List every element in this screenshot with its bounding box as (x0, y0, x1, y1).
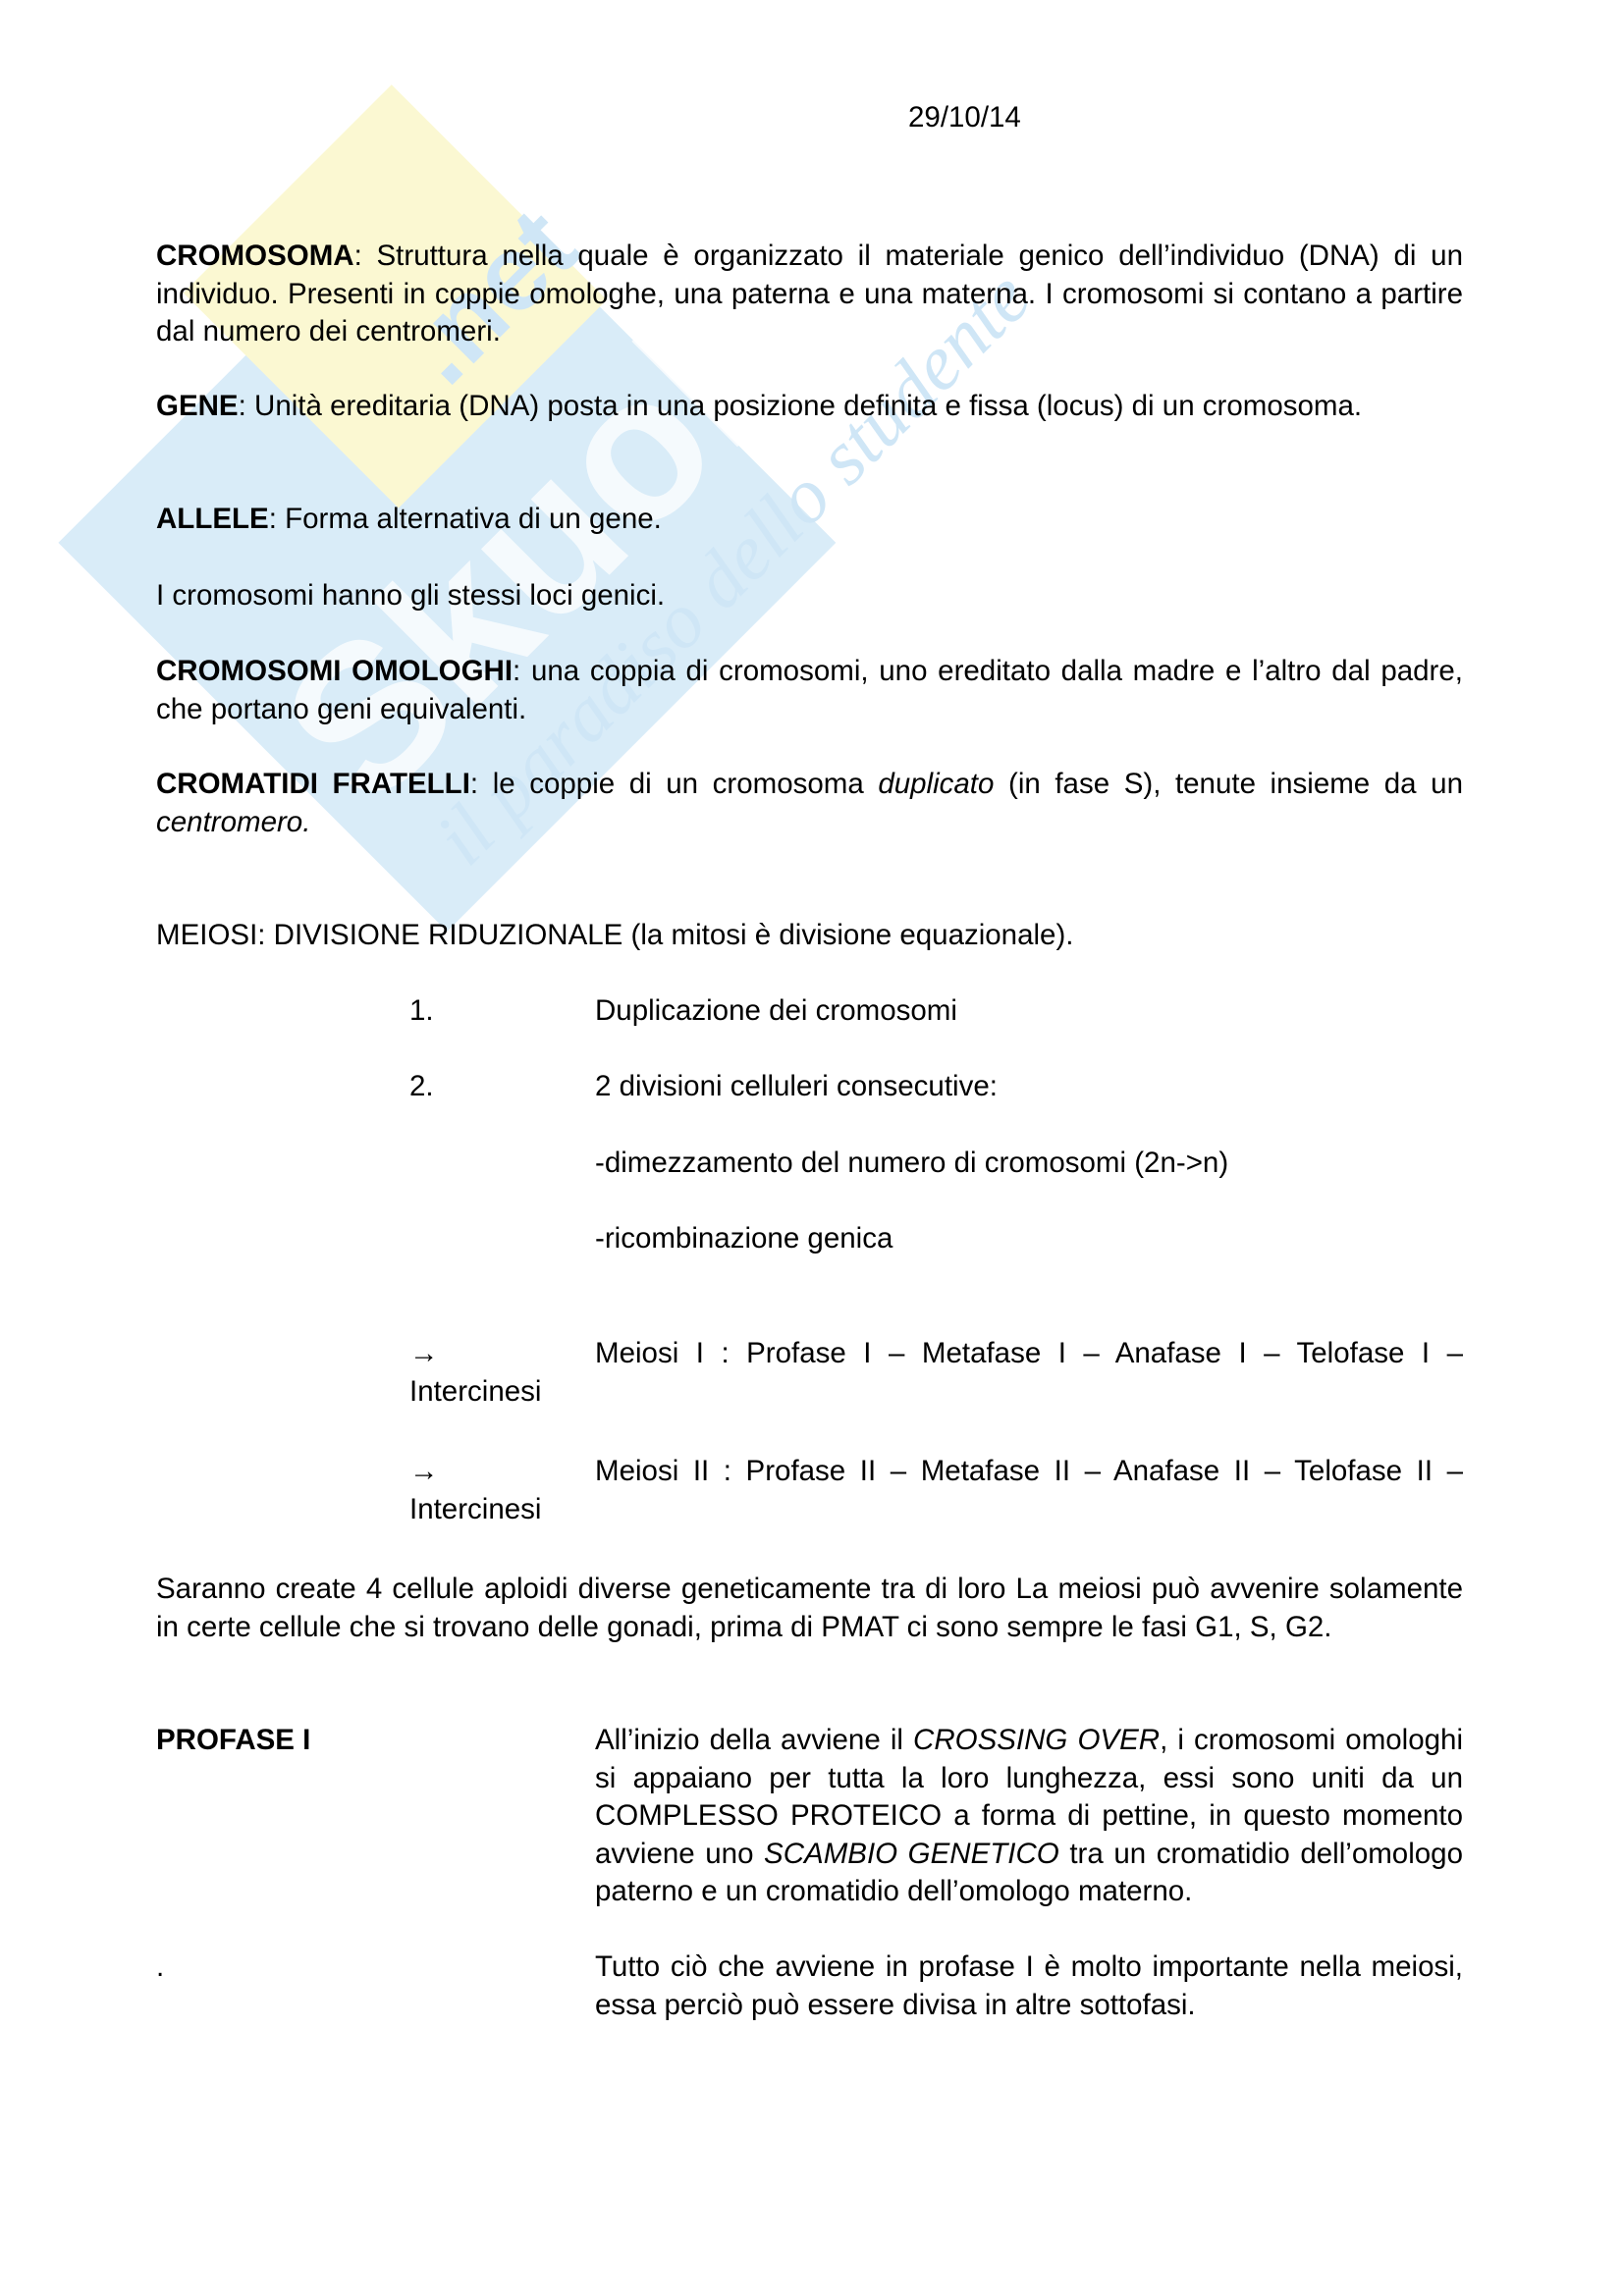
right-arrow-icon: → (409, 1453, 595, 1491)
step-text-1: Duplicazione dei cromosomi (595, 992, 957, 1031)
subpoint-ricombinazione: -ricombinazione genica (595, 1220, 893, 1258)
definition-text: Forma alternativa di un gene. (285, 503, 662, 535)
step-number-1: 1. (409, 992, 434, 1031)
phase-line-meiosi-1: →Meiosi I : Profase I – Metafase I – Ana… (409, 1335, 1463, 1411)
term: GENE (156, 390, 239, 422)
term: CROMOSOMI OMOLOGHI (156, 655, 513, 687)
phase-line-meiosi-2: →Meiosi II : Profase II – Metafase II – … (409, 1453, 1463, 1528)
definition-text: Unità ereditaria (DNA) posta in una posi… (254, 390, 1362, 422)
profase-label: PROFASE I (156, 1722, 310, 1760)
definition-cromosomi-omologhi: CROMOSOMI OMOLOGHI: una coppia di cromos… (156, 653, 1463, 728)
term: CROMOSOMA (156, 240, 354, 272)
definition-gene: GENE: Unità ereditaria (DNA) posta in un… (156, 388, 1463, 426)
term: CROMATIDI FRATELLI (156, 768, 470, 800)
definition-cromatidi-fratelli: CROMATIDI FRATELLI: le coppie di un crom… (156, 766, 1463, 841)
loci-note: I cromosomi hanno gli stessi loci genici… (156, 577, 1463, 615)
profase-description: All’inizio della avviene il CROSSING OVE… (595, 1722, 1463, 1911)
meiosi-summary: Saranno create 4 cellule aploidi diverse… (156, 1571, 1463, 1646)
meiosi-heading: MEIOSI: DIVISIONE RIDUZIONALE (la mitosi… (156, 917, 1073, 955)
step-number-2: 2. (409, 1068, 434, 1106)
stray-dot: . (156, 1949, 164, 1987)
right-arrow-icon: → (409, 1335, 595, 1373)
step-text-2: 2 divisioni celluleri consecutive: (595, 1068, 998, 1106)
subpoint-dimezzamento: -dimezzamento del numero di cromosomi (2… (595, 1145, 1228, 1183)
profase-note: Tutto ciò che avviene in profase I è mol… (595, 1949, 1463, 2024)
document-date: 29/10/14 (908, 99, 1021, 137)
term: ALLELE (156, 503, 269, 535)
definition-cromosoma: CROMOSOMA: Struttura nella quale è organ… (156, 238, 1463, 351)
document-page: 29/10/14 CROMOSOMA: Struttura nella qual… (0, 0, 1623, 2296)
definition-allele: ALLELE: Forma alternativa di un gene. (156, 501, 1463, 539)
